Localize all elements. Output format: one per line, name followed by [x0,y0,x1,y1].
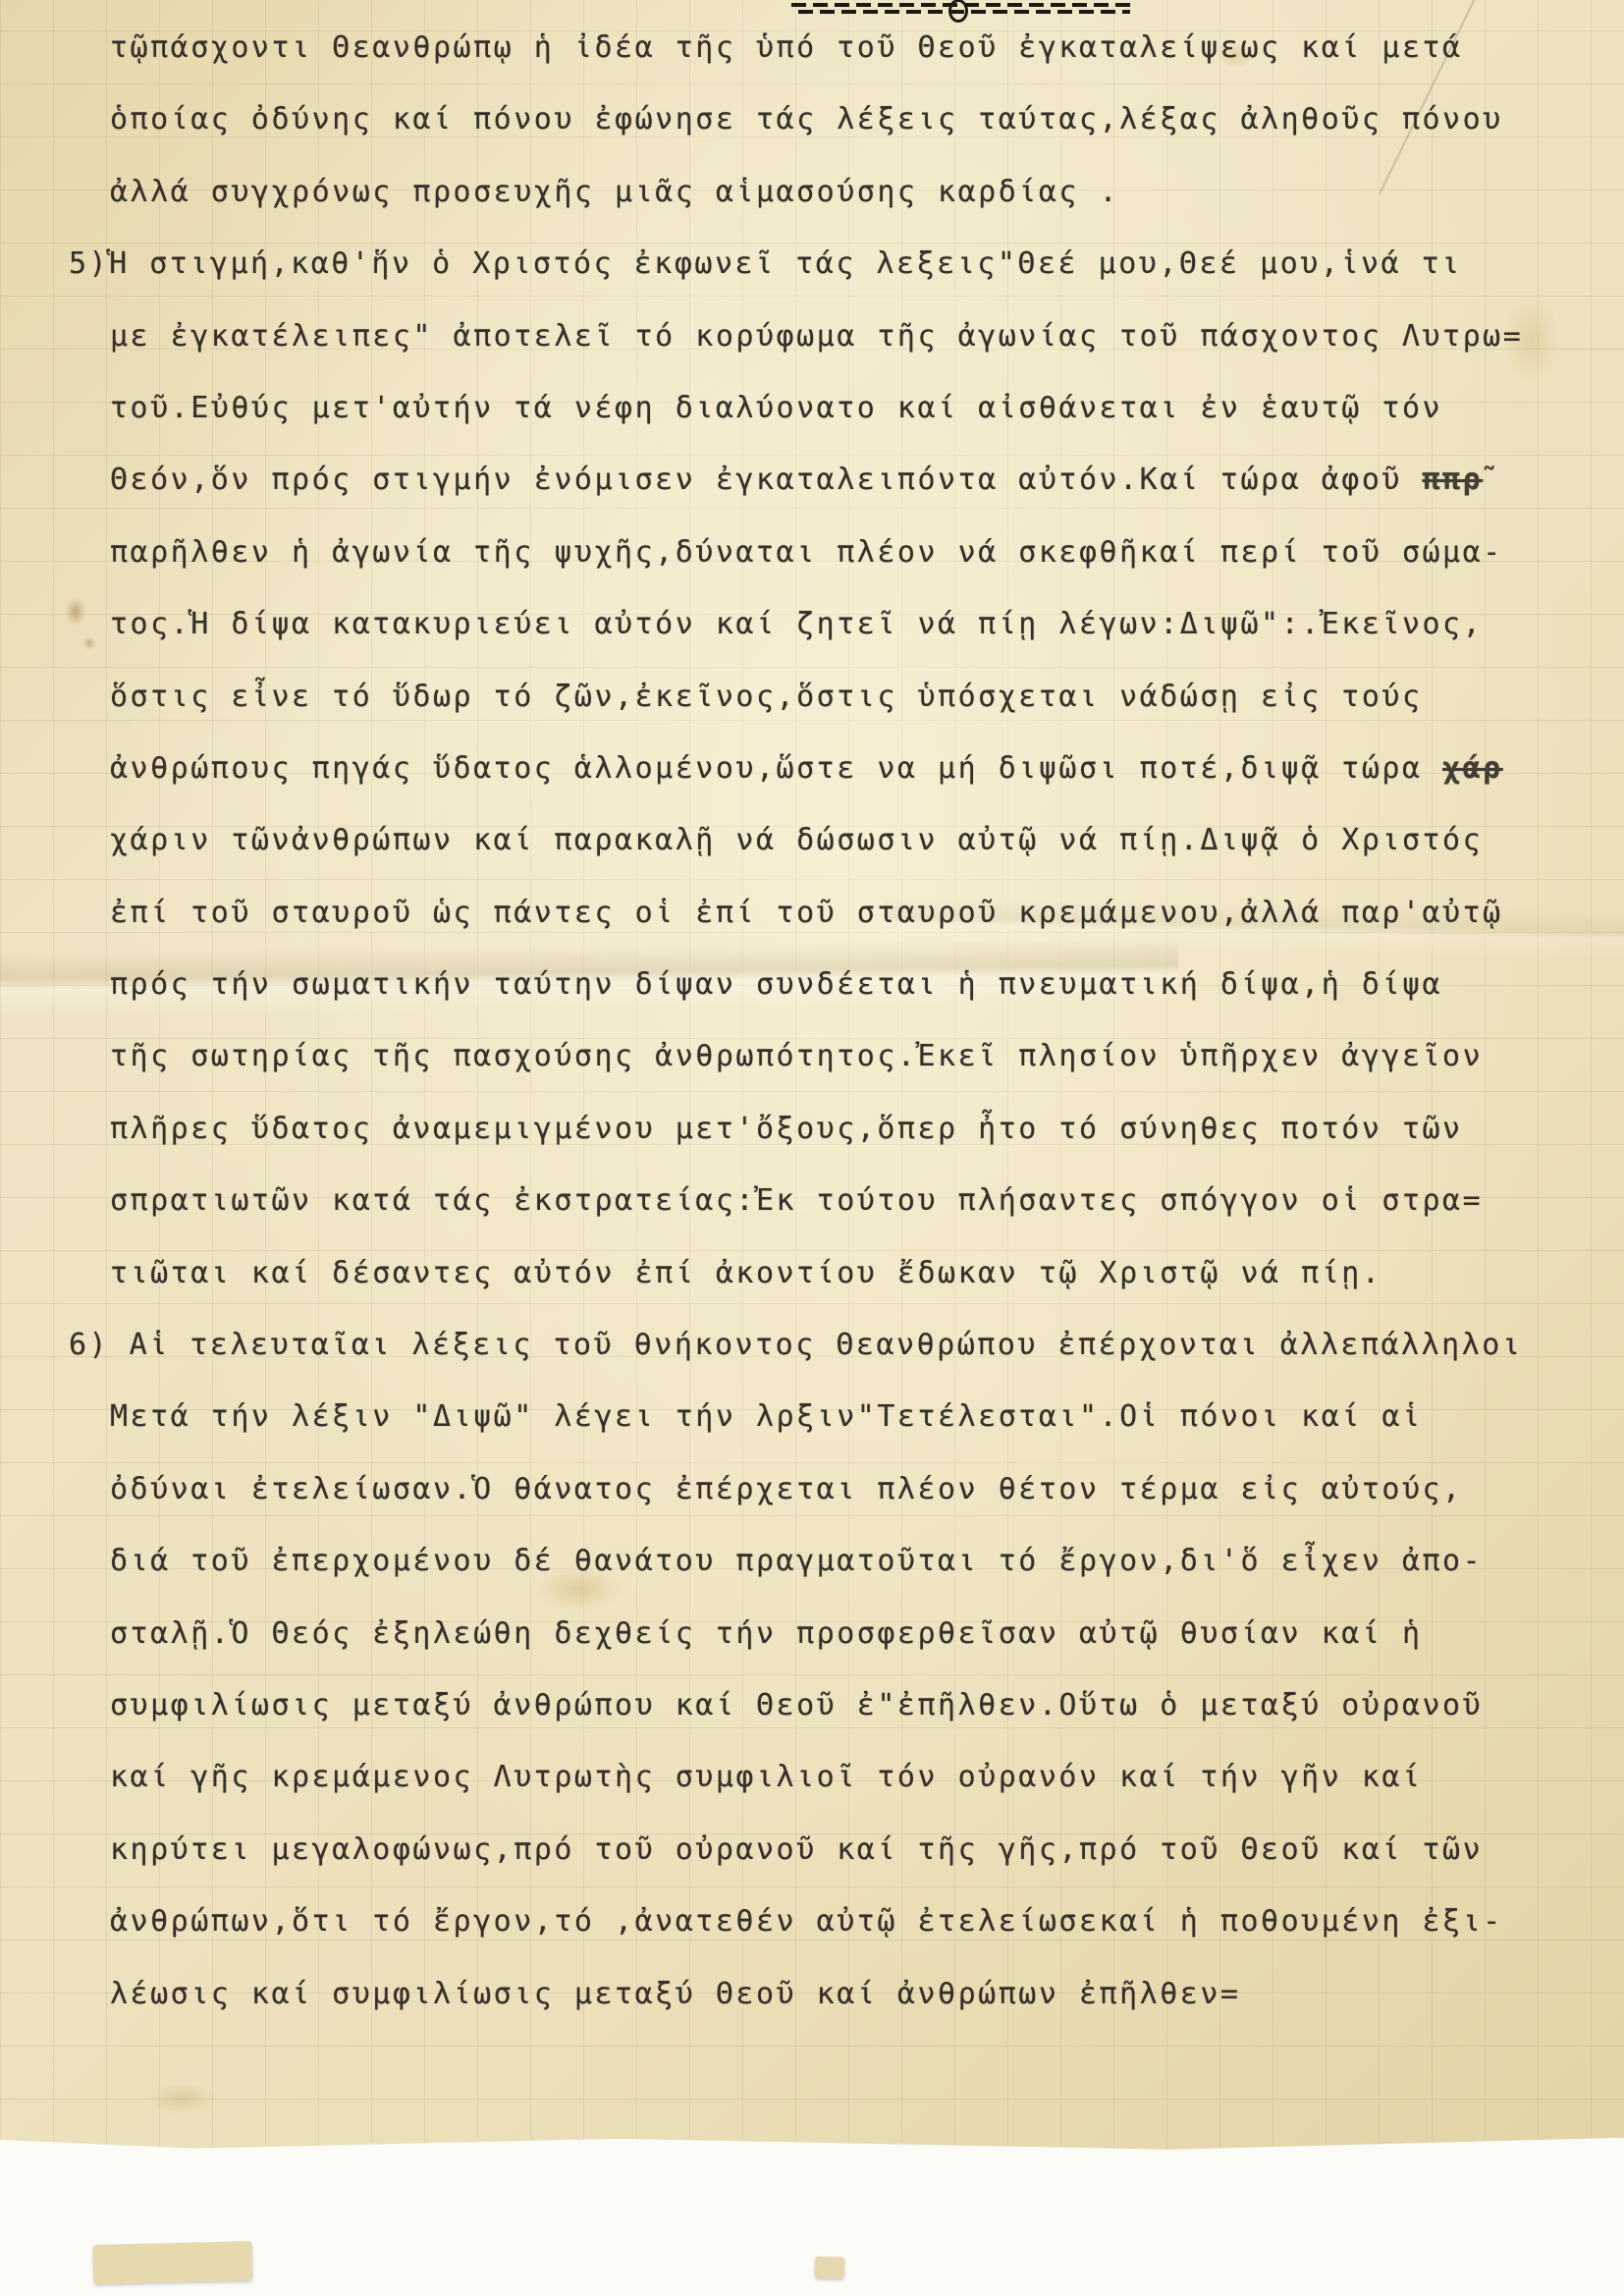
text-line: τιῶται καί δέσαντες αὐτόν ἐπί ἀκοντίου ἔ… [110,1237,1624,1309]
text-line-content: σταλῇ.Ὁ Θεός ἐξηλεώθη δεχθείς τήν προσφε… [110,1616,1423,1651]
text-line: 6) Αἱ τελευταῖαι λέξεις τοῦ θνήκοντος Θε… [69,1309,1624,1381]
text-line-content: κηρύτει μεγαλοφώνως,πρό τοῦ οὐρανοῦ καί … [110,1832,1483,1867]
text-line-content: τιῶται καί δέσαντες αὐτόν ἐπί ἀκοντίου ἔ… [110,1256,1381,1290]
text-line: ὀδύναι ἐτελείωσαν.Ὁ θάνατος ἐπέρχεται πλ… [110,1453,1624,1525]
text-line-content: συμφιλίωσις μεταξύ ἀνθρώπου καί Θεοῦ ἐ"ἐ… [110,1688,1483,1722]
paper-sheet: τῷπάσχοντι Θεανθρώπῳ ἡ ἰδέα τῆς ὑπό τοῦ … [0,0,1624,2153]
text-line-content: παρῆλθεν ἡ ἀγωνία τῆς ψυχῆς,δύναται πλέο… [110,535,1503,570]
text-line-content: διά τοῦ ἐπερχομένου δέ θανάτου πραγματοῦ… [110,1544,1483,1578]
text-line-content: ἀνθρώπους πηγάς ὕδατος ἁλλομένου,ὥστε να… [110,751,1442,786]
text-line: ὁποίας ὀδύνης καί πόνου ἐφώνησε τάς λέξε… [110,83,1624,155]
text-line: Μετά τήν λέξιν "Διψῶ" λέγει τήν λρξιν"Τε… [110,1381,1624,1452]
text-line: πρός τήν σωματικήν ταύτην δίψαν συνδέετα… [110,949,1624,1020]
text-line: καί γῆς κρεμάμενος Λυτρωτὴς συμφιλιοῖ τό… [110,1741,1624,1813]
overstruck-text: χάρ [1442,751,1503,786]
text-line-content: ἀνθρώπων,ὅτι τό ἔργον,τό ,ἀνατεθέν αὐτῷ … [110,1904,1503,1939]
text-line: ἀλλά συγχρόνως προσευχῆς μιᾶς αἱμασούσης… [110,156,1624,228]
foxing-stain [147,2082,216,2115]
text-line: πλῆρες ὕδατος ἀναμεμιγμένου μετ'ὄξους,ὅπ… [110,1093,1624,1165]
text-line-content: ὅστις εἶνε τό ὕδωρ τό ζῶν,ἐκεῖνος,ὅστις … [110,680,1423,714]
text-line-content: καί γῆς κρεμάμενος Λυτρωτὴς συμφιλιοῖ τό… [110,1760,1423,1794]
text-line: λέωσις καί συμφιλίωσις μεταξύ Θεοῦ καί ἀ… [110,1958,1624,2030]
text-line: σπρατιωτῶν κατά τάς ἐκστρατείας:Ἐκ τούτο… [110,1165,1624,1236]
torn-paper-fragment [93,2241,253,2284]
text-line-content: 6) Αἱ τελευταῖαι λέξεις τοῦ θνήκοντος Θε… [69,1328,1522,1362]
text-line-content: ἐπί τοῦ σταυροῦ ὡς πάντες οἱ ἐπί τοῦ στα… [110,896,1503,930]
text-line: χάριν τῶνἀνθρώπων καί παρακαλῇ νά δώσωσι… [110,804,1624,876]
text-line: τῷπάσχοντι Θεανθρώπῳ ἡ ἰδέα τῆς ὑπό τοῦ … [110,12,1624,83]
text-line-content: τοῦ.Εὐθύς μετ'αὐτήν τά νέφη διαλύονατο κ… [110,391,1442,425]
text-line-content: ἀλλά συγχρόνως προσευχῆς μιᾶς αἱμασούσης… [110,175,1119,209]
text-line: τοῦ.Εὐθύς μετ'αὐτήν τά νέφη διαλύονατο κ… [110,372,1624,444]
text-line: ἀνθρώπους πηγάς ὕδατος ἁλλομένου,ὥστε να… [110,733,1624,804]
text-line-content: τος.Ἡ δίψα κατακυριεύει αὐτόν καί ζητεῖ … [110,607,1483,641]
text-line-content: πλῆρες ὕδατος ἀναμεμιγμένου μετ'ὄξους,ὅπ… [110,1112,1463,1146]
text-line: ἀνθρώπων,ὅτι τό ἔργον,τό ,ἀνατεθέν αὐτῷ … [110,1886,1624,1957]
text-line: με ἐγκατέλειπες" ἀποτελεῖ τό κορύφωμα τῆ… [110,301,1624,372]
text-line-content: Θεόν,ὅν πρός στιγμήν ἐνόμισεν ἐγκαταλειπ… [110,463,1423,497]
text-line: 5)Ἡ στιγμή,καθ'ἥν ὁ Χριστός ἐκφωνεῖ τάς … [69,228,1624,300]
text-line-content: σπρατιωτῶν κατά τάς ἐκστρατείας:Ἐκ τούτο… [110,1183,1483,1218]
text-line: ὅστις εἶνε τό ὕδωρ τό ζῶν,ἐκεῖνος,ὅστις … [110,661,1624,733]
scanned-document: { "document": { "kind": "typewritten-gre… [0,0,1624,2296]
text-line-content: λέωσις καί συμφιλίωσις μεταξύ Θεοῦ καί ἀ… [110,1977,1240,2011]
overstruck-text: ππρ̃ [1423,463,1484,497]
page-text: τῷπάσχοντι Θεανθρώπῳ ἡ ἰδέα τῆς ὑπό τοῦ … [0,12,1624,2030]
text-line: σταλῇ.Ὁ Θεός ἐξηλεώθη δεχθείς τήν προσφε… [110,1598,1624,1669]
text-line: τῆς σωτηρίας τῆς πασχούσης ἀνθρωπότητος.… [110,1020,1624,1092]
text-line: συμφιλίωσις μεταξύ ἀνθρώπου καί Θεοῦ ἐ"ἐ… [110,1669,1624,1741]
text-line-content: χάριν τῶνἀνθρώπων καί παρακαλῇ νά δώσωσι… [110,823,1483,857]
text-line: διά τοῦ ἐπερχομένου δέ θανάτου πραγματοῦ… [110,1525,1624,1597]
text-line-content: με ἐγκατέλειπες" ἀποτελεῖ τό κορύφωμα τῆ… [110,319,1523,354]
text-line: Θεόν,ὅν πρός στιγμήν ἐνόμισεν ἐγκαταλειπ… [110,444,1624,516]
text-line: κηρύτει μεγαλοφώνως,πρό τοῦ οὐρανοῦ καί … [110,1814,1624,1886]
text-line-content: τῆς σωτηρίας τῆς πασχούσης ἀνθρωπότητος.… [110,1039,1483,1073]
text-line-content: Μετά τήν λέξιν "Διψῶ" λέγει τήν λρξιν"Τε… [110,1399,1423,1434]
text-line-content: ὁποίας ὀδύνης καί πόνου ἐφώνησε τάς λέξε… [110,102,1503,137]
text-line: παρῆλθεν ἡ ἀγωνία τῆς ψυχῆς,δύναται πλέο… [110,517,1624,588]
torn-paper-fragment [815,2256,845,2278]
text-line-content: 5)Ἡ στιγμή,καθ'ἥν ὁ Χριστός ἐκφωνεῖ τάς … [69,246,1462,281]
text-line: τος.Ἡ δίψα κατακυριεύει αὐτόν καί ζητεῖ … [110,588,1624,660]
text-line-content: πρός τήν σωματικήν ταύτην δίψαν συνδέετα… [110,967,1442,1002]
text-line-content: ὀδύναι ἐτελείωσαν.Ὁ θάνατος ἐπέρχεται πλ… [110,1472,1463,1506]
text-line-content: τῷπάσχοντι Θεανθρώπῳ ἡ ἰδέα τῆς ὑπό τοῦ … [110,30,1463,65]
text-line: ἐπί τοῦ σταυροῦ ὡς πάντες οἱ ἐπί τοῦ στα… [110,877,1624,949]
